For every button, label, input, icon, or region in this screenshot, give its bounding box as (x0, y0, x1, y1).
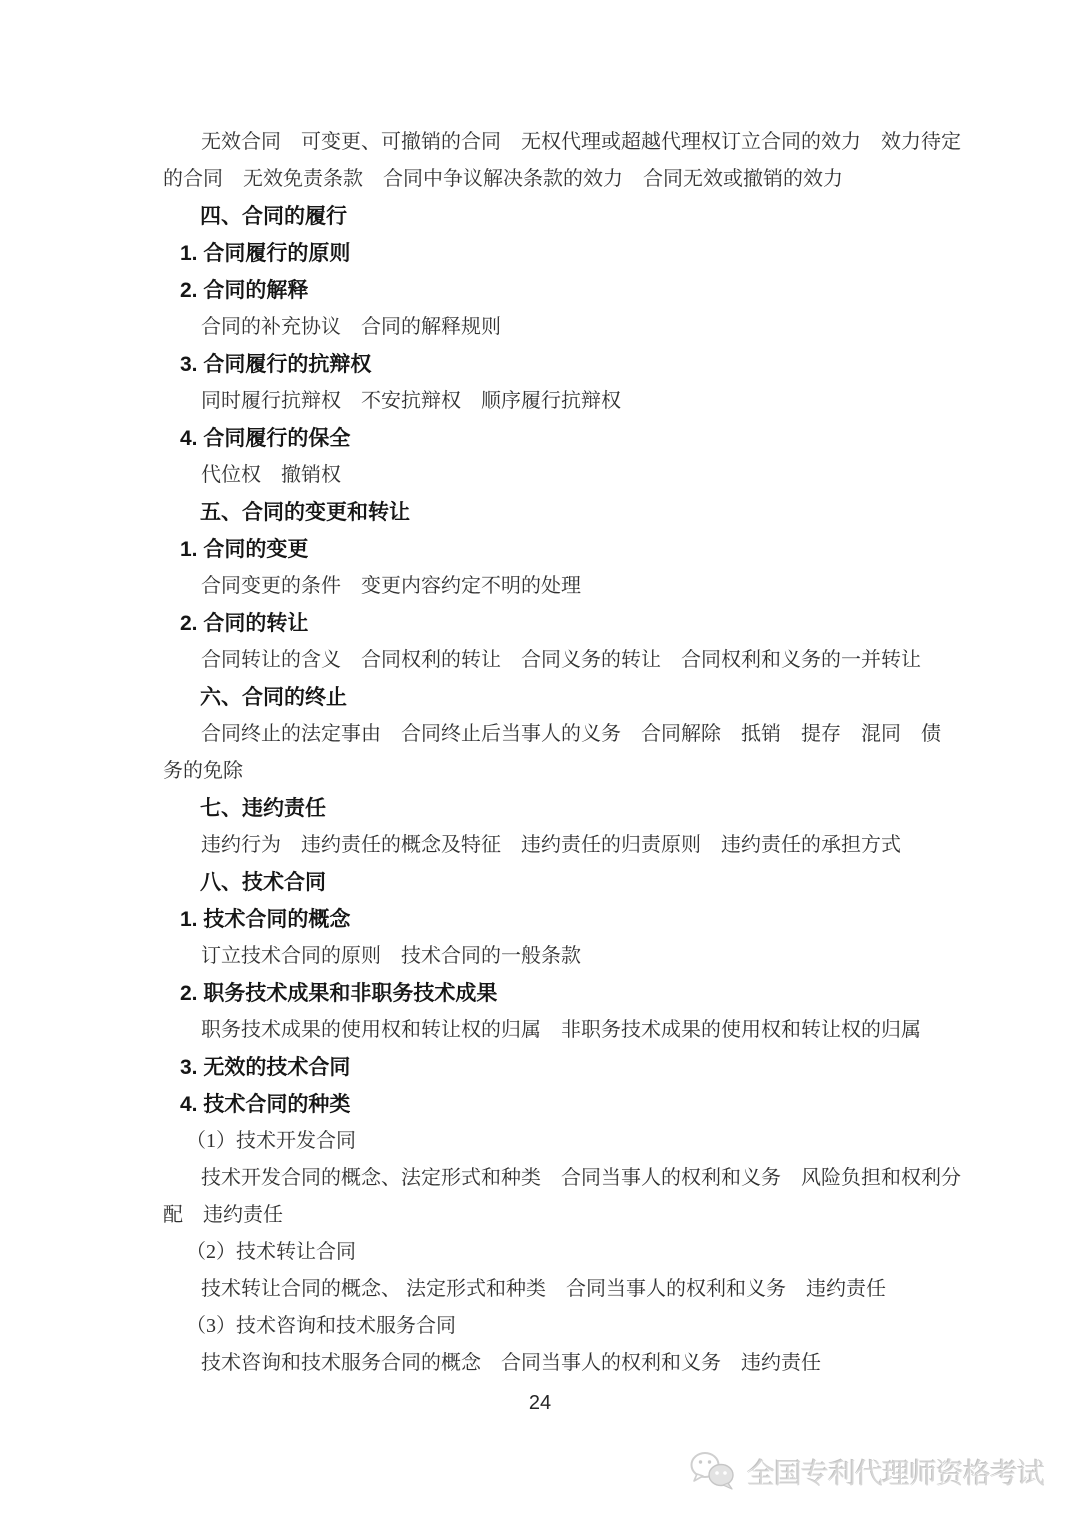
body-text-line: 合同的补充协议 合同的解释规则 (163, 309, 935, 346)
document-page: 无效合同 可变更、可撤销的合同 无权代理或超越代理权订立合同的效力 效力待定的合… (0, 0, 1080, 1526)
body-text-continuation: 的合同 无效免责条款 合同中争议解决条款的效力 合同无效或撤销的效力 (163, 161, 935, 198)
subsection-heading: 4. 技术合同的种类 (163, 1086, 935, 1123)
body-text-line: 职务技术成果的使用权和转让权的归属 非职务技术成果的使用权和转让权的归属 (163, 1012, 935, 1049)
body-text-continuation: 务的免除 (163, 753, 935, 790)
numbered-item-heading: （2）技术转让合同 (163, 1234, 935, 1271)
syllabus-text-block: 无效合同 可变更、可撤销的合同 无权代理或超越代理权订立合同的效力 效力待定的合… (163, 124, 935, 1382)
subsection-heading: 1. 技术合同的概念 (163, 901, 935, 938)
subsection-heading: 4. 合同履行的保全 (163, 420, 935, 457)
body-text-line: 违约行为 违约责任的概念及特征 违约责任的归责原则 违约责任的承担方式 (163, 827, 935, 864)
body-text-line: 技术开发合同的概念、法定形式和种类 合同当事人的权利和义务 风险负担和权利分 (163, 1160, 935, 1197)
watermark-text: 全国专利代理师资格考试 (747, 1452, 1044, 1492)
body-text-continuation: 配 违约责任 (163, 1197, 935, 1234)
section-heading: 七、违约责任 (163, 790, 935, 827)
numbered-item-heading: （3）技术咨询和技术服务合同 (163, 1308, 935, 1345)
body-text-line: 合同终止的法定事由 合同终止后当事人的义务 合同解除 抵销 提存 混同 债 (163, 716, 935, 753)
watermark: 全国专利代理师资格考试 (690, 1449, 1044, 1495)
body-text-line: 同时履行抗辩权 不安抗辩权 顺序履行抗辩权 (163, 383, 935, 420)
body-text-line: 代位权 撤销权 (163, 457, 935, 494)
body-text-line: 合同变更的条件 变更内容约定不明的处理 (163, 568, 935, 605)
body-text-line: 技术咨询和技术服务合同的概念 合同当事人的权利和义务 违约责任 (163, 1345, 935, 1382)
subsection-heading: 1. 合同履行的原则 (163, 235, 935, 272)
body-text-line: 合同转让的含义 合同权利的转让 合同义务的转让 合同权利和义务的一并转让 (163, 642, 935, 679)
subsection-heading: 2. 合同的解释 (163, 272, 935, 309)
subsection-heading: 1. 合同的变更 (163, 531, 935, 568)
section-heading: 八、技术合同 (163, 864, 935, 901)
body-text-line: 技术转让合同的概念、 法定形式和种类 合同当事人的权利和义务 违约责任 (163, 1271, 935, 1308)
subsection-heading: 3. 合同履行的抗辩权 (163, 346, 935, 383)
section-heading: 五、合同的变更和转让 (163, 494, 935, 531)
section-heading: 四、合同的履行 (163, 198, 935, 235)
subsection-heading: 2. 合同的转让 (163, 605, 935, 642)
numbered-item-heading: （1）技术开发合同 (163, 1123, 935, 1160)
body-text-line: 无效合同 可变更、可撤销的合同 无权代理或超越代理权订立合同的效力 效力待定 (163, 124, 935, 161)
wechat-icon (690, 1449, 738, 1495)
subsection-heading: 2. 职务技术成果和非职务技术成果 (163, 975, 935, 1012)
page-number: 24 (0, 1390, 1080, 1416)
subsection-heading: 3. 无效的技术合同 (163, 1049, 935, 1086)
section-heading: 六、合同的终止 (163, 679, 935, 716)
body-text-line: 订立技术合同的原则 技术合同的一般条款 (163, 938, 935, 975)
